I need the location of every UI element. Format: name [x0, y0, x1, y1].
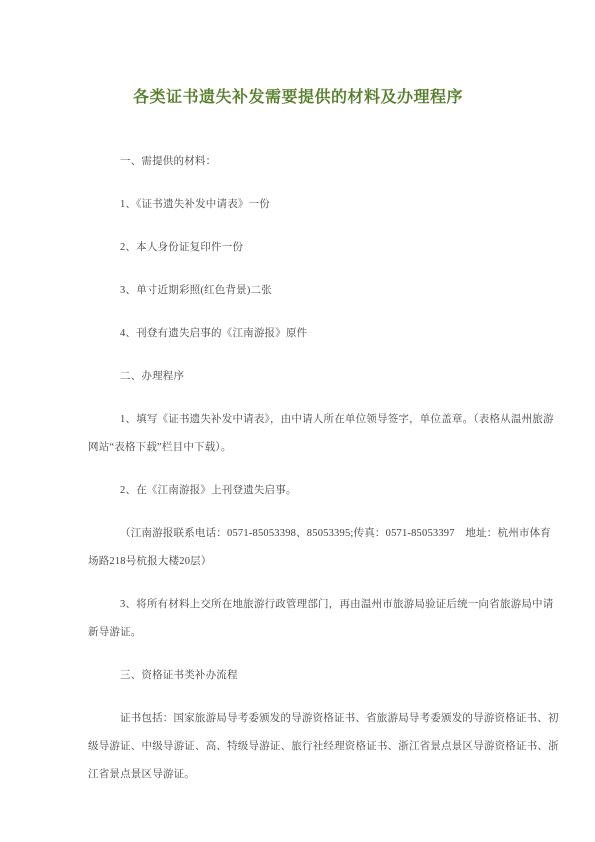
newspaper-contact-info: （江南游报联系电话：0571-85053398、85053395;传真：0571…: [88, 520, 535, 576]
document-page: 各类证书遗失补发需要提供的材料及办理程序 一、需提供的材料： 1、《证书遗失补发…: [0, 0, 595, 842]
section-heading-procedure: 二、办理程序: [88, 363, 535, 391]
procedure-step-3-line-1: 3、将所有材料上交所在地旅游行政管理部门，再由温州市旅游局验证后统一向省旅游局中…: [88, 591, 535, 619]
procedure-step-1: 1、填写《证书遗失补发中请表》，由中请人所在单位领导签字，单位盖章。（表格从温州…: [88, 406, 535, 462]
material-item-2: 2、本人身份证复印件一份: [88, 234, 535, 262]
procedure-step-1-line-1: 1、填写《证书遗失补发中请表》，由中请人所在单位领导签字，单位盖章。（表格从温州…: [88, 406, 535, 434]
qualification-line-1: 证书包括：国家旅游局导考委颁发的导游资格证书、省旅游局导考委颁发的导游资格证书、…: [88, 705, 535, 733]
document-title: 各类证书遗失补发需要提供的材料及办理程序: [88, 86, 508, 110]
procedure-step-2: 2、在《江南游报》上刊登遗失启事。: [88, 477, 535, 505]
material-item-4: 4、刊登有遗失启事的《江南游报》原件: [88, 320, 535, 348]
qualification-line-2: 级导游证、中级导游证、高、特级导游证、旅行社经理资格证书、浙江省景点景区导游资格…: [88, 733, 535, 761]
section-heading-materials: 一、需提供的材料：: [88, 148, 535, 176]
qualification-paragraph: 证书包括：国家旅游局导考委颁发的导游资格证书、省旅游局导考委颁发的导游资格证书、…: [88, 705, 535, 789]
procedure-step-1-line-2: 网站“表格下载”栏目中下载）。: [88, 434, 535, 462]
material-item-3: 3、单寸近期彩照(红色背景)二张: [88, 277, 535, 305]
material-item-1: 1、《证书遗失补发中请表》一份: [88, 191, 535, 219]
section-heading-qualification: 三、资格证书类补办流程: [88, 662, 535, 690]
qualification-line-3: 江省景点景区导游证。: [88, 761, 535, 789]
procedure-step-3: 3、将所有材料上交所在地旅游行政管理部门，再由温州市旅游局验证后统一向省旅游局中…: [88, 591, 535, 647]
document-content: 各类证书遗失补发需要提供的材料及办理程序 一、需提供的材料： 1、《证书遗失补发…: [0, 0, 595, 789]
procedure-step-3-line-2: 新导游证。: [88, 619, 535, 647]
newspaper-contact-line-1: （江南游报联系电话：0571-85053398、85053395;传真：0571…: [88, 520, 535, 548]
newspaper-contact-line-2: 场路218号杭报大楼20层）: [88, 548, 535, 576]
